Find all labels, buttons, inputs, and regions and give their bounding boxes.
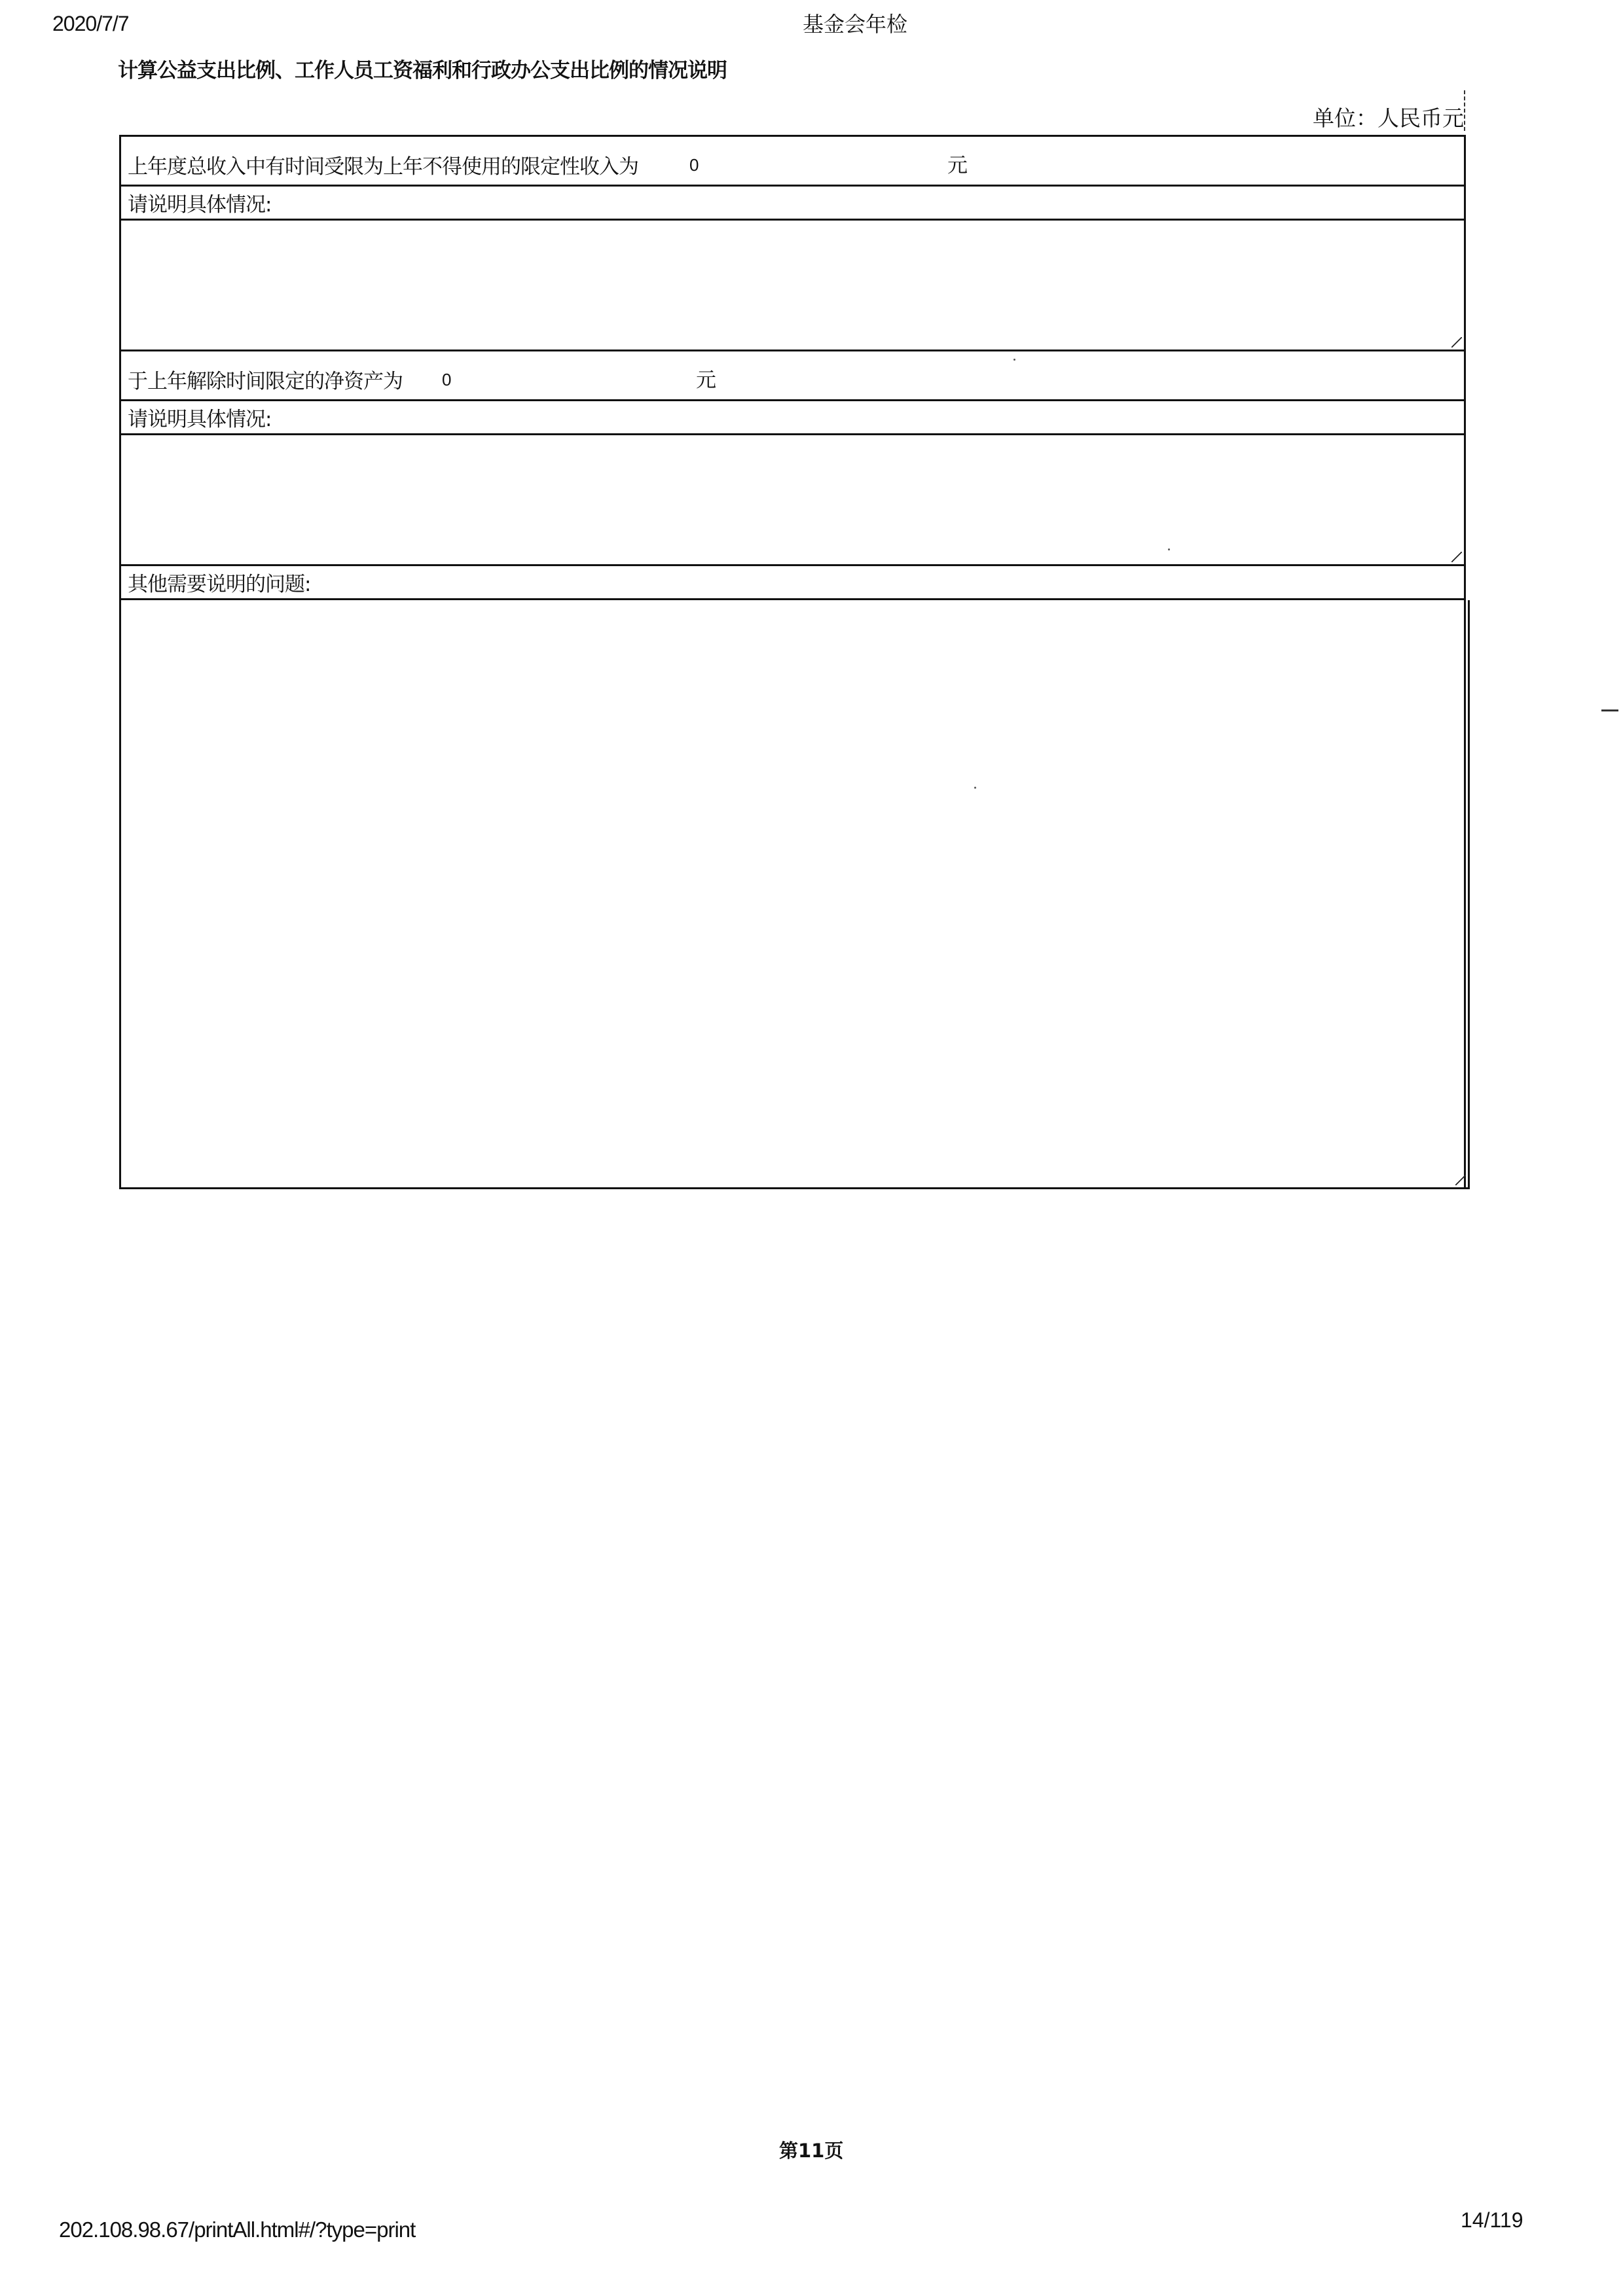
released-net-assets-label: 于上年解除时间限定的净资产为 [128, 365, 403, 394]
restricted-income-row: 上年度总收入中有时间受限为上年不得使用的限定性收入为 0 元 [121, 137, 1464, 187]
released-net-assets-value: 0 [442, 370, 451, 390]
currency-unit-label: 单位：人民币元 [1313, 101, 1464, 132]
other-issues-textarea[interactable] [121, 600, 1468, 1187]
released-net-assets-explain-label: 请说明具体情况: [128, 403, 271, 432]
print-page-title: 基金会年检 [803, 8, 907, 38]
restricted-income-explain-area [121, 221, 1464, 351]
restricted-income-explain-row: 请说明具体情况: [121, 187, 1464, 221]
released-net-assets-explain-textarea[interactable] [121, 435, 1464, 564]
released-net-assets-unit: 元 [696, 363, 716, 393]
resize-handle-icon[interactable] [1451, 337, 1462, 348]
released-net-assets-row: 于上年解除时间限定的净资产为 0 元 [121, 351, 1464, 401]
restricted-income-explain-textarea[interactable] [121, 221, 1464, 350]
restricted-income-unit: 元 [947, 149, 968, 178]
resize-handle-icon[interactable] [1455, 1175, 1466, 1185]
print-url: 202.108.98.67/printAll.html#/?type=print [59, 2217, 415, 2242]
print-date: 2020/7/7 [52, 12, 129, 36]
document-title: 计算公益支出比例、工作人员工资福利和行政办公支出比例的情况说明 [118, 54, 727, 83]
other-issues-row: 其他需要说明的问题: [121, 566, 1464, 600]
resize-handle-icon[interactable] [1451, 552, 1462, 562]
released-net-assets-explain-area [121, 435, 1464, 566]
scan-edge-mark [1601, 709, 1618, 711]
scan-speck [974, 787, 976, 789]
scan-speck [1013, 359, 1015, 361]
released-net-assets-explain-row: 请说明具体情况: [121, 401, 1464, 435]
restricted-income-value: 0 [689, 155, 699, 175]
scan-speck [1168, 548, 1170, 550]
print-page-count: 14/119 [1461, 2208, 1523, 2233]
restricted-income-label: 上年度总收入中有时间受限为上年不得使用的限定性收入为 [128, 150, 638, 179]
other-issues-area [121, 600, 1470, 1189]
page-number: 第11页 [779, 2136, 843, 2163]
scan-artifact-line [1464, 90, 1467, 131]
explanation-form-table: 上年度总收入中有时间受限为上年不得使用的限定性收入为 0 元 请说明具体情况: … [119, 135, 1466, 1189]
restricted-income-explain-label: 请说明具体情况: [128, 188, 271, 217]
other-issues-label: 其他需要说明的问题: [128, 567, 310, 597]
